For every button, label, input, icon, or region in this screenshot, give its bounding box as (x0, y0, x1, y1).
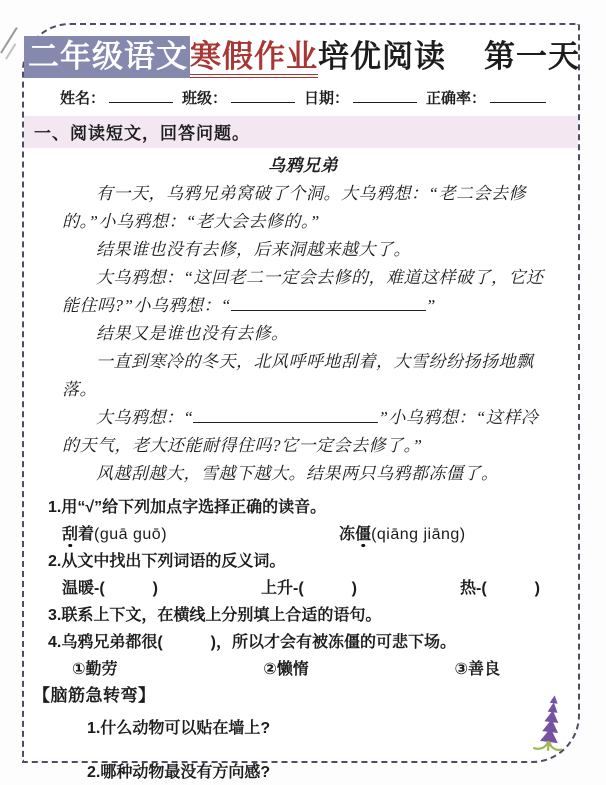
word-dongjiang: 冻僵(qiāng jiāng) (339, 521, 466, 548)
lavender-flower-icon (530, 692, 569, 757)
story-paragraph: 有一天，乌鸦兄弟窝破了个洞。大乌鸦想：“老二会去修的。”小乌鸦想：“老大会去修的… (62, 180, 544, 236)
question-1: 1.用“√”给下列加点字选择正确的读音。 (48, 494, 544, 521)
option-3: ③善良 (454, 656, 500, 683)
page-border-frame: 二年级语文寒假作业培优阅读第一天 姓名： 班级： 日期： 正确率： 一、阅读短文… (22, 23, 580, 763)
title-day: 第一天 (484, 39, 580, 74)
antonym-item: 上升-( ) (261, 575, 357, 602)
accuracy-blank (490, 89, 546, 103)
story-paragraph: 大乌鸦想：“这回老二一定会去修的，难道这样破了，它还能住吗?”小乌鸦想：“” (62, 264, 544, 320)
accuracy-label: 正确率： (426, 91, 486, 107)
title-reading: 培优阅读 (318, 39, 446, 74)
story-text: 大乌鸦想：“ (96, 408, 193, 427)
worksheet-page: { "header": { "title_highlight": "二年级语文"… (0, 0, 606, 785)
story-passage: 乌鸦兄弟 有一天，乌鸦兄弟窝破了个洞。大乌鸦想：“老二会去修的。”小乌鸦想：“老… (62, 152, 544, 488)
pencil-mark (0, 27, 18, 54)
story-paragraph: 结果又是谁也没有去修。 (62, 320, 544, 348)
fill-in-blank (193, 407, 378, 423)
story-paragraph: 一直到寒冷的冬天，北风呼呼地刮着，大雪纷纷扬扬地飘落。 (62, 348, 544, 404)
brain-teaser-q1: 1.什么动物可以贴在墙上? (87, 717, 544, 741)
brain-teaser-section: 【脑筋急转弯】 1.什么动物可以贴在墙上? 2.哪种动物最没有方向感? (33, 684, 544, 785)
option-2: ②懒惰 (263, 656, 309, 683)
question-list: 1.用“√”给下列加点字选择正确的读音。 刮着(guā guō) 冻僵(qiān… (48, 494, 544, 683)
date-blank (353, 89, 417, 103)
class-label: 班级： (182, 91, 227, 107)
date-label: 日期： (304, 91, 349, 107)
class-field: 班级： (182, 87, 295, 108)
pinyin-choice: (guā guō) (94, 526, 167, 543)
story-text: ” (426, 296, 436, 315)
question-3: 3.联系上下文，在横线上分别填上合适的语句。 (48, 602, 544, 629)
story-title: 乌鸦兄弟 (62, 152, 544, 180)
name-blank (109, 89, 173, 103)
question-2-items: 温暖-( ) 上升-( ) 热-( ) (62, 575, 540, 602)
date-field: 日期： (304, 87, 417, 108)
brain-teaser-q2: 2.哪种动物最没有方向感? (87, 761, 544, 785)
fill-in-blank (231, 295, 426, 311)
antonym-item: 温暖-( ) (62, 575, 158, 602)
accuracy-field: 正确率： (426, 87, 546, 108)
story-paragraph: 结果谁也没有去修，后来洞越来越大了。 (62, 236, 544, 264)
question-4-options: ①勤劳 ②懒惰 ③善良 (72, 656, 500, 683)
title-grade-subject: 二年级语文 (24, 36, 190, 78)
question-2: 2.从文中找出下列词语的反义词。 (48, 548, 544, 575)
pinyin-choice: (qiāng jiāng) (371, 526, 466, 543)
question-1-items: 刮着(guā guō) 冻僵(qiāng jiāng) (62, 521, 544, 548)
question-4: 4.乌鸦兄弟都很( )，所以才会有被冻僵的可悲下场。 (48, 629, 544, 656)
worksheet-title: 二年级语文寒假作业培优阅读第一天 (24, 36, 578, 78)
student-info-row: 姓名： 班级： 日期： 正确率： (60, 87, 546, 108)
pencil-mark (5, 43, 16, 59)
word-guazhe: 刮着(guā guō) (62, 521, 167, 548)
name-label: 姓名： (60, 91, 105, 107)
name-field: 姓名： (60, 87, 173, 108)
brain-teaser-heading: 【脑筋急转弯】 (33, 684, 544, 708)
antonym-item: 热-( ) (460, 575, 540, 602)
title-homework: 寒假作业 (190, 39, 318, 78)
section-heading: 一、阅读短文，回答问题。 (24, 116, 578, 148)
story-paragraph: 风越刮越大，雪越下越大。结果两只乌鸦都冻僵了。 (62, 460, 544, 488)
option-1: ①勤劳 (72, 656, 118, 683)
story-paragraph: 大乌鸦想：“”小乌鸦想：“这样冷的天气，老大还能耐得住吗?它一定会去修了。” (62, 404, 544, 460)
class-blank (231, 89, 295, 103)
